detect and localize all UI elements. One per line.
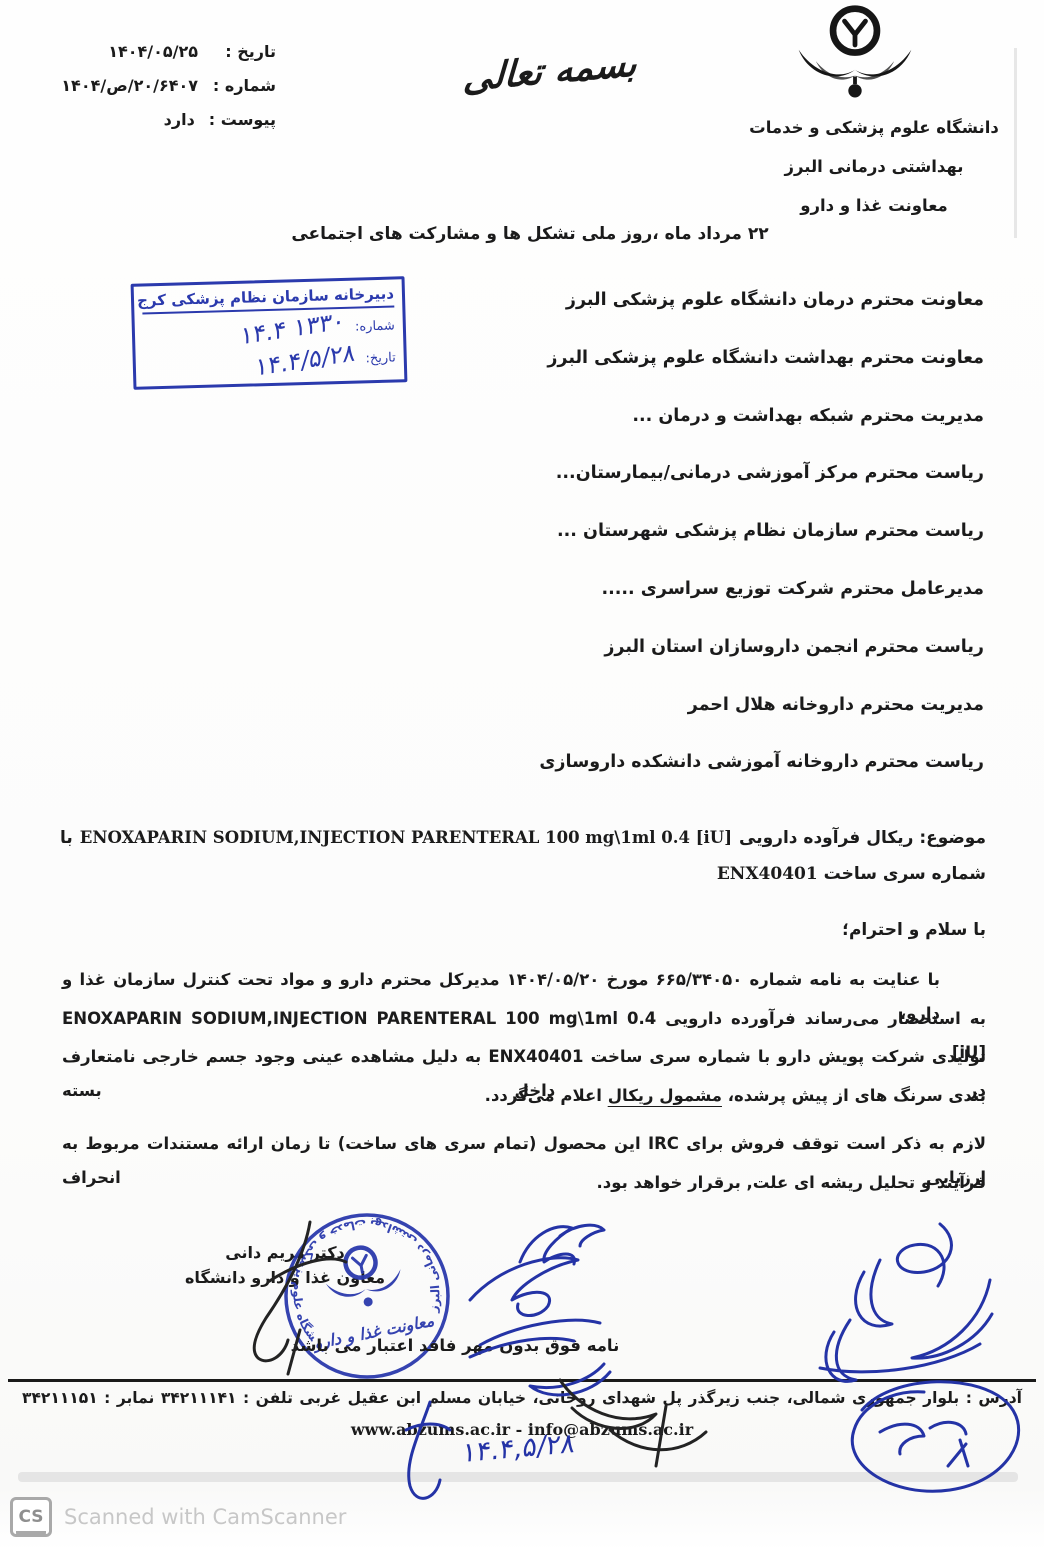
camscanner-text: Scanned with CamScanner: [64, 1505, 346, 1529]
scan-smudge: [18, 1472, 1018, 1482]
letter-meta: تاریخ : ۱۴۰۴/۰۵/۲۵ شماره : ۲۰/۶۴۰۷/ص/۱۴۰…: [58, 42, 276, 144]
subject-en-text: ENOXAPARIN SODIUM,INJECTION PARENTERAL 1…: [80, 828, 732, 847]
footer-address: آدرس : بلوار جمهوری شمالی، جنب زیرگذر پل…: [22, 1389, 1022, 1407]
meta-number: شماره : ۲۰/۶۴۰۷/ص/۱۴۰۴: [58, 76, 276, 95]
recipient-line: ریاست محترم انجمن داروسازان استان البرز: [240, 619, 984, 677]
recipient-line: مدیرعامل محترم شرکت توزیع سراسری .....: [240, 561, 984, 619]
meta-date: تاریخ : ۱۴۰۴/۰۵/۲۵: [58, 42, 276, 61]
recipient-line: مدیریت محترم داروخانه هلال احمر: [240, 677, 984, 735]
recipients-list: معاونت محترم درمان دانشگاه علوم پزشکی ال…: [240, 272, 984, 792]
number-label: شماره :: [212, 76, 276, 95]
recipient-line: معاونت محترم درمان دانشگاه علوم پزشکی ال…: [240, 272, 984, 330]
subject-batch-number: ENX40401: [717, 864, 818, 884]
subject-line-1: موضوع: ریکال فرآوده دارویی ENOXAPARIN SO…: [60, 828, 986, 848]
handwritten-note: [560, 1225, 604, 1246]
university-logo-icon: [775, 2, 935, 107]
handwritten-circle-number: [948, 1440, 968, 1466]
body-line: تولیدی شرکت پویش دارو با شماره سری ساخت …: [62, 1040, 986, 1079]
handwritten-signature: [826, 1320, 856, 1381]
handwritten-signature: [912, 1280, 992, 1358]
org-line-1: دانشگاه علوم پزشکی و خدمات: [724, 108, 1024, 147]
number-value: ۲۰/۶۴۰۷/ص/۱۴۰۴: [61, 76, 198, 95]
handwritten-signature: [820, 1344, 980, 1372]
subject-label: موضوع:: [919, 828, 986, 848]
body-paragraph-2: لازم به ذکر است توقف فروش برای IRC این م…: [62, 1127, 986, 1204]
org-line-2: بهداشتی درمانی البرز: [724, 147, 1024, 186]
attachment-label: پیوست :: [209, 110, 276, 129]
camscanner-watermark: CS Scanned with CamScanner: [10, 1497, 346, 1537]
recall-underlined: مشمول ریکال: [608, 1086, 722, 1105]
subject-fa: موضوع: ریکال فرآوده دارویی: [739, 828, 986, 848]
recall-pre: بندی سرنگ های از پیش پرشده،: [722, 1086, 986, 1105]
recall-post: اعلام می‌گردد.: [485, 1086, 608, 1105]
date-label: تاریخ :: [212, 42, 276, 61]
handwritten-note: [520, 1227, 575, 1264]
recipient-line: ریاست محترم داروخانه آموزشی دانشکده دارو…: [240, 734, 984, 792]
handwritten-circle-number: [880, 1422, 966, 1454]
date-value: ۱۴۰۴/۰۵/۲۵: [108, 42, 198, 61]
attachment-value: دارد: [164, 110, 195, 129]
body-line: لازم به ذکر است توقف فروش برای IRC این م…: [62, 1127, 986, 1166]
recipient-line: ریاست محترم مرکز آموزشی درمانی/بیمارستان…: [240, 445, 984, 503]
handwritten-paraph: [406, 1402, 450, 1498]
body-line: با عنایت به نامه شماره ۶۶۵/۳۴۰۵۰ مورخ ۱۴…: [62, 963, 986, 1002]
scanned-letter-page: تاریخ : ۱۴۰۴/۰۵/۲۵ شماره : ۲۰/۶۴۰۷/ص/۱۴۰…: [0, 0, 1044, 1550]
recipient-line: ریاست محترم سازمان نظام پزشکی شهرستان ..…: [240, 503, 984, 561]
salutation: با سلام و احترام؛: [286, 920, 986, 940]
subject-tail: با: [60, 828, 73, 848]
national-day-slogan: ۲۲ مرداد ماه ،روز ملی تشکل ها و مشارکت ه…: [240, 224, 820, 244]
handwritten-signature: [856, 1260, 892, 1326]
handwritten-note: [470, 1258, 578, 1316]
meta-attachment: پیوست : دارد: [58, 110, 276, 129]
subject-fa-text: ریکال فرآوده دارویی: [739, 828, 913, 848]
subject-block: موضوع: ریکال فرآوده دارویی ENOXAPARIN SO…: [60, 828, 986, 884]
footer-divider: [8, 1379, 1036, 1382]
body-line: به استحضار می‌رساند فرآورده دارویی ENOXA…: [62, 1002, 986, 1041]
body-paragraph-1: با عنایت به نامه شماره ۶۶۵/۳۴۰۵۰ مورخ ۱۴…: [62, 963, 986, 1117]
validity-note: نامه فوق بدون مهر فاقد اعتبار می باشد: [250, 1336, 660, 1355]
handwritten-signature: [897, 1224, 951, 1286]
recipient-line: معاونت محترم بهداشت دانشگاه علوم پزشکی ا…: [240, 330, 984, 388]
besmele-calligraphy: بسمه تعالی: [424, 39, 675, 103]
camscanner-icon: CS: [10, 1497, 52, 1537]
official-round-stamp: دانشگاه علوم پزشکی و خدمات بهداشتی درمان…: [266, 1195, 468, 1397]
org-line-3: معاونت غذا و دارو: [724, 186, 1024, 225]
recipient-line: مدیریت محترم شبکه بهداشت و درمان ...: [240, 388, 984, 446]
subject-line-2: شماره سری ساخت ENX40401: [60, 864, 986, 884]
scan-edge-shadow: [1014, 48, 1017, 238]
subject-batch-label: شماره سری ساخت: [818, 864, 986, 884]
organization-name: دانشگاه علوم پزشکی و خدمات بهداشتی درمان…: [724, 108, 1024, 225]
